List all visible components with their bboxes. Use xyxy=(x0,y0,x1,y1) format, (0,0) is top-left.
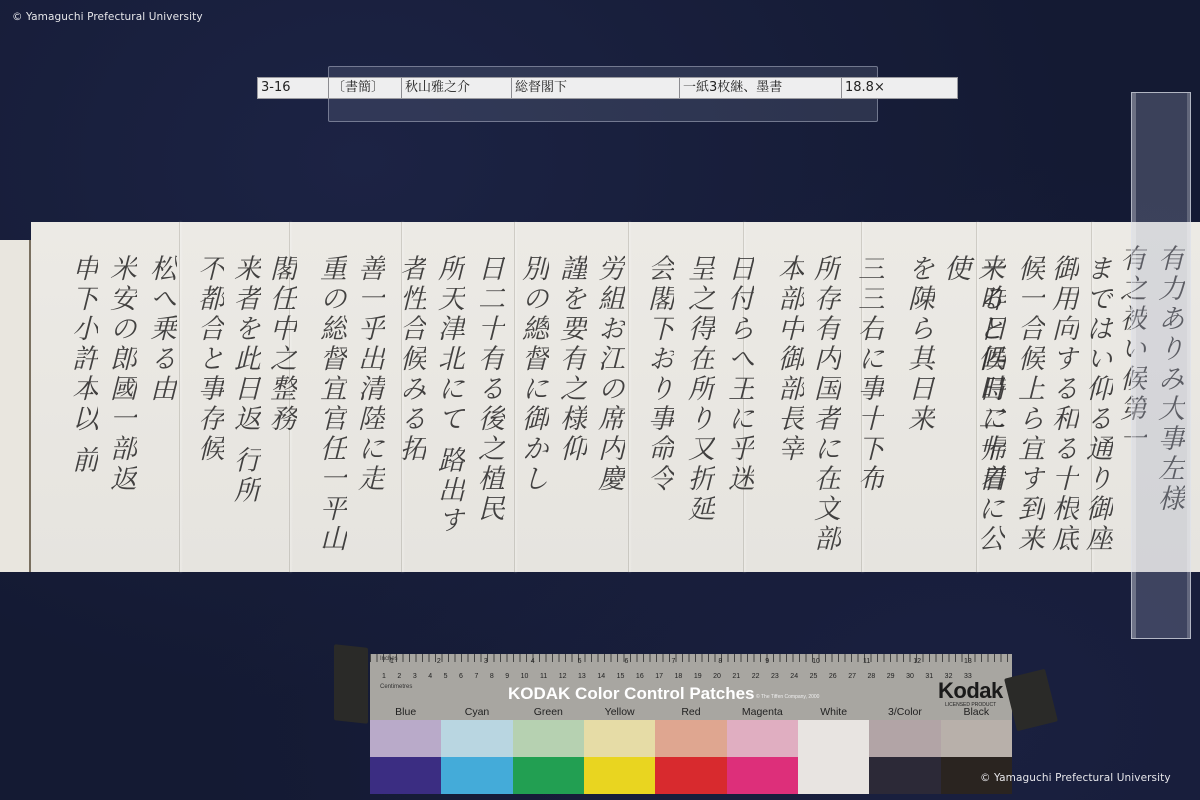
cm-tick: 14 xyxy=(597,673,605,680)
cm-tick: 6 xyxy=(459,673,463,680)
cm-tick: 23 xyxy=(771,673,779,680)
cm-tick: 17 xyxy=(655,673,663,680)
patch-dark xyxy=(727,757,798,794)
cm-tick: 30 xyxy=(906,673,914,680)
patch-dark xyxy=(584,757,655,794)
inch-tick: 9 xyxy=(765,658,769,665)
text-column: 日二十有る後之植民 xyxy=(471,254,505,524)
patch-dark xyxy=(869,757,940,794)
patch-light xyxy=(584,720,655,757)
cm-tick: 15 xyxy=(617,673,625,680)
inch-tick: 4 xyxy=(531,658,535,665)
cm-tick: 20 xyxy=(713,673,721,680)
text-column: 御用向する和る十根底 xyxy=(1045,254,1079,554)
previous-sheet-edge xyxy=(0,240,31,572)
text-column: 来者を此日返 行所 xyxy=(227,254,261,506)
text-column: を陳ら其日来 xyxy=(901,254,935,434)
text-column: まではい仰る通り御座 xyxy=(1079,254,1113,554)
cm-tick: 10 xyxy=(521,673,529,680)
inch-tick: 8 xyxy=(718,658,722,665)
text-column: 三三右に事十下布 xyxy=(851,254,885,494)
cm-tick: 9 xyxy=(505,673,509,680)
cm-tick: 26 xyxy=(829,673,837,680)
patch-light xyxy=(655,720,726,757)
cm-tick: 31 xyxy=(925,673,933,680)
patch-cyan xyxy=(441,720,512,794)
cm-tick: 5 xyxy=(444,673,448,680)
patch-label: Cyan xyxy=(441,706,512,718)
sender: 秋山雅之介 xyxy=(402,78,512,98)
patch-light xyxy=(441,720,512,757)
cm-tick: 22 xyxy=(752,673,760,680)
cm-tick: 1 xyxy=(382,673,386,680)
kodak-chart-copyright: © The Tiffen Company, 2000 xyxy=(756,694,819,700)
cm-tick: 16 xyxy=(636,673,644,680)
cm-tick: 11 xyxy=(540,673,547,680)
color-patches xyxy=(370,720,1012,794)
patch-magenta xyxy=(727,720,798,794)
document-type: 〔書簡〕 xyxy=(329,78,402,98)
inch-tick: 10 xyxy=(812,658,820,665)
kodak-color-chart: Inches Centimetres 1 2 3 4 5 6 7 8 9 10 … xyxy=(370,654,1012,794)
patch-dark xyxy=(513,757,584,794)
cm-tick: 13 xyxy=(578,673,586,680)
patch-dark xyxy=(370,757,441,794)
black-tape xyxy=(334,644,368,724)
patch-light xyxy=(727,720,798,757)
cm-tick: 8 xyxy=(490,673,494,680)
text-column: 候一合候上ら宜す到来 xyxy=(1011,254,1045,554)
black-tape xyxy=(1004,669,1058,732)
catalog-number: 3-16 xyxy=(258,78,329,98)
inch-tick: 12 xyxy=(913,658,921,665)
cm-tick: 19 xyxy=(694,673,702,680)
patch-label: Red xyxy=(655,706,726,718)
patch-label: 3/Color xyxy=(869,706,940,718)
text-column: 松へ乗る由 xyxy=(143,254,177,404)
cm-tick: 28 xyxy=(867,673,875,680)
text-column: 閣任中之整務 xyxy=(263,254,297,434)
patch-light xyxy=(869,720,940,757)
inch-scale: 1 2 3 4 5 6 7 8 9 10 11 12 13 xyxy=(390,658,972,665)
text-column: 善一乎出清陸に走 xyxy=(351,254,385,494)
inch-tick: 1 xyxy=(390,658,394,665)
text-column: 別の總督に御かし xyxy=(515,254,549,494)
cm-tick: 24 xyxy=(790,673,798,680)
kodak-logo: Kodak xyxy=(938,678,1003,704)
inch-tick: 3 xyxy=(484,658,488,665)
text-column: 不都合と事存候 xyxy=(191,254,225,464)
patch-3-color xyxy=(869,720,940,794)
text-column: 謹を要有之様仰 xyxy=(553,254,587,464)
inch-tick: 11 xyxy=(863,658,870,665)
text-column: 所存有内国者に在文部 xyxy=(807,254,841,554)
text-column: 申下小許本以 前 xyxy=(65,254,99,476)
inch-tick: 13 xyxy=(964,658,972,665)
recipient: 総督閣下 xyxy=(512,78,680,98)
dimensions: 18.8× xyxy=(842,78,957,98)
paper-fold xyxy=(179,222,180,572)
patch-label: White xyxy=(798,706,869,718)
text-column: 会閣下おり事命令 xyxy=(641,254,675,494)
letter-paper: 有力ありみ大事左様 有之被い候第一 まではい仰る通り御座 御用向する和る十根底 … xyxy=(31,222,1200,572)
cm-scale: 1 2 3 4 5 6 7 8 9 10 11 12 13 14 15 16 1… xyxy=(382,673,972,680)
patch-label: Magenta xyxy=(727,706,798,718)
material-description: 一紙3枚継、墨書 xyxy=(680,78,842,98)
inch-tick: 5 xyxy=(578,658,582,665)
cm-tick: 3 xyxy=(413,673,417,680)
patch-red xyxy=(655,720,726,794)
centimetres-label: Centimetres xyxy=(380,684,412,690)
patch-blue xyxy=(370,720,441,794)
text-column: 者性合候みる拓 xyxy=(393,254,427,464)
cm-tick: 2 xyxy=(397,673,401,680)
cm-tick: 18 xyxy=(675,673,683,680)
patch-light xyxy=(941,720,1012,757)
text-column: 労組お江の席内慶 xyxy=(591,254,625,494)
text-column: 来ると候日二十日に公使 xyxy=(937,254,1005,572)
letter-scroll: 有力ありみ大事左様 有之被い候第一 まではい仰る通り御座 御用向する和る十根底 … xyxy=(0,240,1200,575)
cm-tick: 7 xyxy=(474,673,478,680)
patch-white xyxy=(798,720,869,794)
paper-fold xyxy=(628,222,629,572)
cm-tick: 21 xyxy=(732,673,740,680)
acrylic-weight-bar xyxy=(1131,92,1191,639)
inch-tick: 2 xyxy=(437,658,441,665)
patch-dark xyxy=(798,757,869,794)
patch-light xyxy=(370,720,441,757)
text-column: 米安の郎國一部返 xyxy=(103,254,137,494)
patch-label: Black xyxy=(941,706,1012,718)
patch-dark xyxy=(655,757,726,794)
copyright-watermark-top: © Yamaguchi Prefectural University xyxy=(12,11,203,23)
inch-tick: 6 xyxy=(625,658,629,665)
cm-tick: 29 xyxy=(887,673,895,680)
text-column: 呈之得在所り又折延 xyxy=(681,254,715,524)
cm-tick: 4 xyxy=(428,673,432,680)
kodak-chart-title: KODAK Color Control Patches xyxy=(508,684,755,704)
copyright-watermark-bottom: © Yamaguchi Prefectural University xyxy=(980,772,1171,784)
patch-label: Green xyxy=(513,706,584,718)
patch-dark xyxy=(441,757,512,794)
patch-light xyxy=(513,720,584,757)
text-column: 日付らへ王に乎迷 xyxy=(721,254,755,494)
patch-label: Yellow xyxy=(584,706,655,718)
cm-tick: 25 xyxy=(810,673,818,680)
inch-tick: 7 xyxy=(671,658,675,665)
patch-labels: Blue Cyan Green Yellow Red Magenta White… xyxy=(370,706,1012,718)
text-column: 重の総督宜官任一平山 xyxy=(313,254,347,554)
catalog-caption: 3-16 〔書簡〕 秋山雅之介 総督閣下 一紙3枚継、墨書 18.8× xyxy=(257,77,958,99)
text-column: 所天津北にて 路出す xyxy=(431,254,465,536)
text-column: 本部中御部長宰 xyxy=(771,254,805,464)
patch-green xyxy=(513,720,584,794)
patch-light xyxy=(798,720,869,757)
cm-tick: 12 xyxy=(559,673,567,680)
cm-tick: 27 xyxy=(848,673,856,680)
patch-label: Blue xyxy=(370,706,441,718)
patch-yellow xyxy=(584,720,655,794)
